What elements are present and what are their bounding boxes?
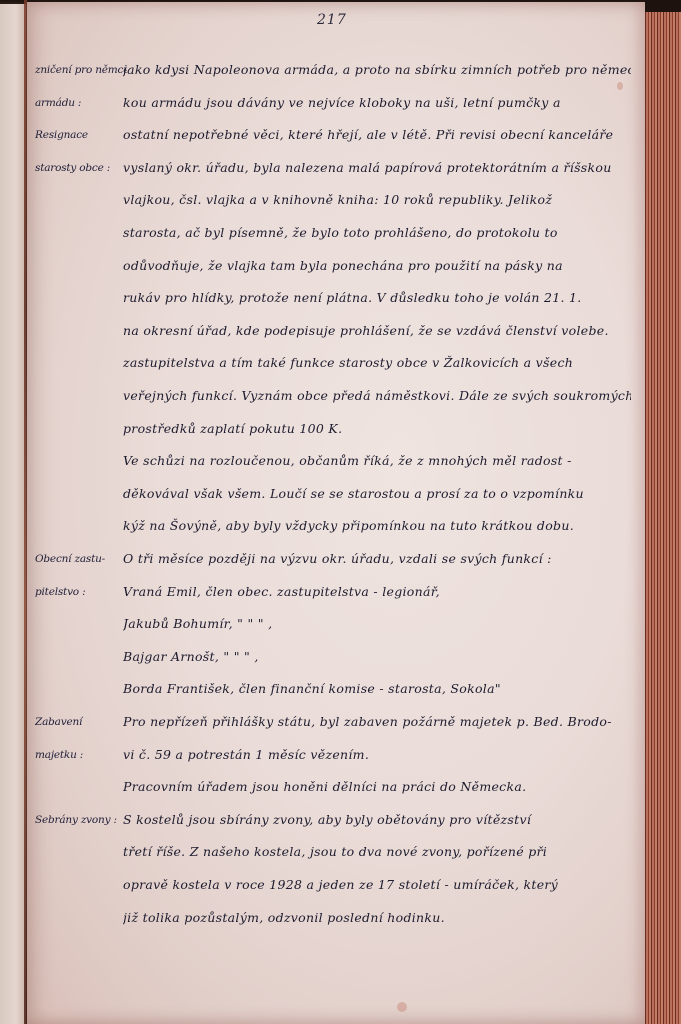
text-line: pitelstvo :Vraná Emil, člen obec. zastup… bbox=[27, 582, 645, 616]
text-line: zničení pro němce.jako kdysi Napoleonova… bbox=[27, 60, 645, 94]
body-text-line: prostředků zaplatí pokutu 100 K. bbox=[123, 419, 631, 439]
body-text-line: odůvodňuje, že vlajka tam byla ponechána… bbox=[123, 256, 631, 276]
margin-heading: majetku : bbox=[35, 745, 127, 765]
text-line: Bajgar Arnošt, " " " , bbox=[27, 647, 645, 681]
text-line: kýž na Šovýně, aby byly vždycky připomín… bbox=[27, 516, 645, 550]
text-line: opravě kostela v roce 1928 a jeden ze 17… bbox=[27, 875, 645, 909]
book-photo: 217 zničení pro němce.jako kdysi Napoleo… bbox=[0, 0, 681, 1024]
manuscript-page: 217 zničení pro němce.jako kdysi Napoleo… bbox=[27, 2, 645, 1024]
body-text-line: S kostelů jsou sbírány zvony, aby byly o… bbox=[123, 810, 631, 830]
text-line: armádu :kou armádu jsou dávány ve nejvíc… bbox=[27, 93, 645, 127]
text-line: třetí říše. Z našeho kostela, jsou to dv… bbox=[27, 842, 645, 876]
body-text-line: Jakubů Bohumír, " " " , bbox=[123, 614, 631, 634]
body-text-line: zastupitelstva a tím také funkce starost… bbox=[123, 353, 631, 373]
body-text-line: kýž na Šovýně, aby byly vždycky připomín… bbox=[123, 516, 631, 536]
text-line: majetku :vi č. 59 a potrestán 1 měsíc vě… bbox=[27, 745, 645, 779]
margin-heading: pitelstvo : bbox=[35, 582, 127, 602]
body-text-line: opravě kostela v roce 1928 a jeden ze 17… bbox=[123, 875, 631, 895]
margin-heading: Obecní zastu- bbox=[35, 549, 127, 569]
body-text-line: Bajgar Arnošt, " " " , bbox=[123, 647, 631, 667]
text-line: odůvodňuje, že vlajka tam byla ponechána… bbox=[27, 256, 645, 290]
text-line: veřejných funkcí. Vyznám obce předá námě… bbox=[27, 386, 645, 420]
body-text-line: starosta, ač byl písemně, že bylo toto p… bbox=[123, 223, 631, 243]
text-line: již tolika pozůstalým, odzvonil poslední… bbox=[27, 908, 645, 942]
text-line: Ve schůzi na rozloučenou, občanům říká, … bbox=[27, 451, 645, 485]
margin-heading: Zabavení bbox=[35, 712, 127, 732]
body-text-line: vi č. 59 a potrestán 1 měsíc vězením. bbox=[123, 745, 631, 765]
body-text-line: kou armádu jsou dávány ve nejvíce klobok… bbox=[123, 93, 631, 113]
margin-heading: Sebrány zvony : bbox=[35, 810, 127, 830]
body-text-line: rukáv pro hlídky, protože není plátna. V… bbox=[123, 288, 631, 308]
body-text-line: Borda František, člen finanční komise - … bbox=[123, 679, 631, 699]
body-text-line: Pracovním úřadem jsou honěni dělníci na … bbox=[123, 777, 631, 797]
body-text-line: ostatní nepotřebné věci, které hřejí, al… bbox=[123, 125, 631, 145]
body-text-line: O tři měsíce později na výzvu okr. úřadu… bbox=[123, 549, 631, 569]
margin-heading: armádu : bbox=[35, 93, 127, 113]
text-line: prostředků zaplatí pokutu 100 K. bbox=[27, 419, 645, 453]
margin-heading: Resignace bbox=[35, 125, 127, 145]
text-line: Pracovním úřadem jsou honěni dělníci na … bbox=[27, 777, 645, 811]
binding-gutter bbox=[24, 0, 27, 1024]
margin-heading: zničení pro němce. bbox=[35, 60, 127, 80]
text-line: Borda František, člen finanční komise - … bbox=[27, 679, 645, 713]
handwritten-text-block: zničení pro němce.jako kdysi Napoleonova… bbox=[27, 2, 645, 1024]
body-text-line: na okresní úřad, kde podepisuje prohláše… bbox=[123, 321, 631, 341]
text-line: děkovával však všem. Loučí se se starost… bbox=[27, 484, 645, 518]
text-line: Obecní zastu-O tři měsíce později na výz… bbox=[27, 549, 645, 583]
body-text-line: Pro nepřízeň přihlášky státu, byl zabave… bbox=[123, 712, 631, 732]
text-line: starosty obce :vyslaný okr. úřadu, byla … bbox=[27, 158, 645, 192]
body-text-line: vlajkou, čsl. vlajka a v knihovně kniha:… bbox=[123, 190, 631, 210]
text-line: zastupitelstva a tím také funkce starost… bbox=[27, 353, 645, 387]
text-line: vlajkou, čsl. vlajka a v knihovně kniha:… bbox=[27, 190, 645, 224]
text-line: rukáv pro hlídky, protože není plátna. V… bbox=[27, 288, 645, 322]
text-line: na okresní úřad, kde podepisuje prohláše… bbox=[27, 321, 645, 355]
margin-heading: starosty obce : bbox=[35, 158, 127, 178]
text-line: ZabaveníPro nepřízeň přihlášky státu, by… bbox=[27, 712, 645, 746]
body-text-line: vyslaný okr. úřadu, byla nalezena malá p… bbox=[123, 158, 631, 178]
body-text-line: jako kdysi Napoleonova armáda, a proto n… bbox=[123, 60, 631, 80]
body-text-line: Ve schůzi na rozloučenou, občanům říká, … bbox=[123, 451, 631, 471]
body-text-line: již tolika pozůstalým, odzvonil poslední… bbox=[123, 908, 631, 928]
text-line: Resignaceostatní nepotřebné věci, které … bbox=[27, 125, 645, 159]
body-text-line: děkovával však všem. Loučí se se starost… bbox=[123, 484, 631, 504]
text-line: starosta, ač byl písemně, že bylo toto p… bbox=[27, 223, 645, 257]
text-line: Jakubů Bohumír, " " " , bbox=[27, 614, 645, 648]
page-edges-stack bbox=[645, 0, 681, 1024]
text-line: Sebrány zvony :S kostelů jsou sbírány zv… bbox=[27, 810, 645, 844]
body-text-line: veřejných funkcí. Vyznám obce předá námě… bbox=[123, 386, 631, 406]
body-text-line: třetí říše. Z našeho kostela, jsou to dv… bbox=[123, 842, 631, 862]
previous-page-edge bbox=[0, 4, 26, 1024]
body-text-line: Vraná Emil, člen obec. zastupitelstva - … bbox=[123, 582, 631, 602]
